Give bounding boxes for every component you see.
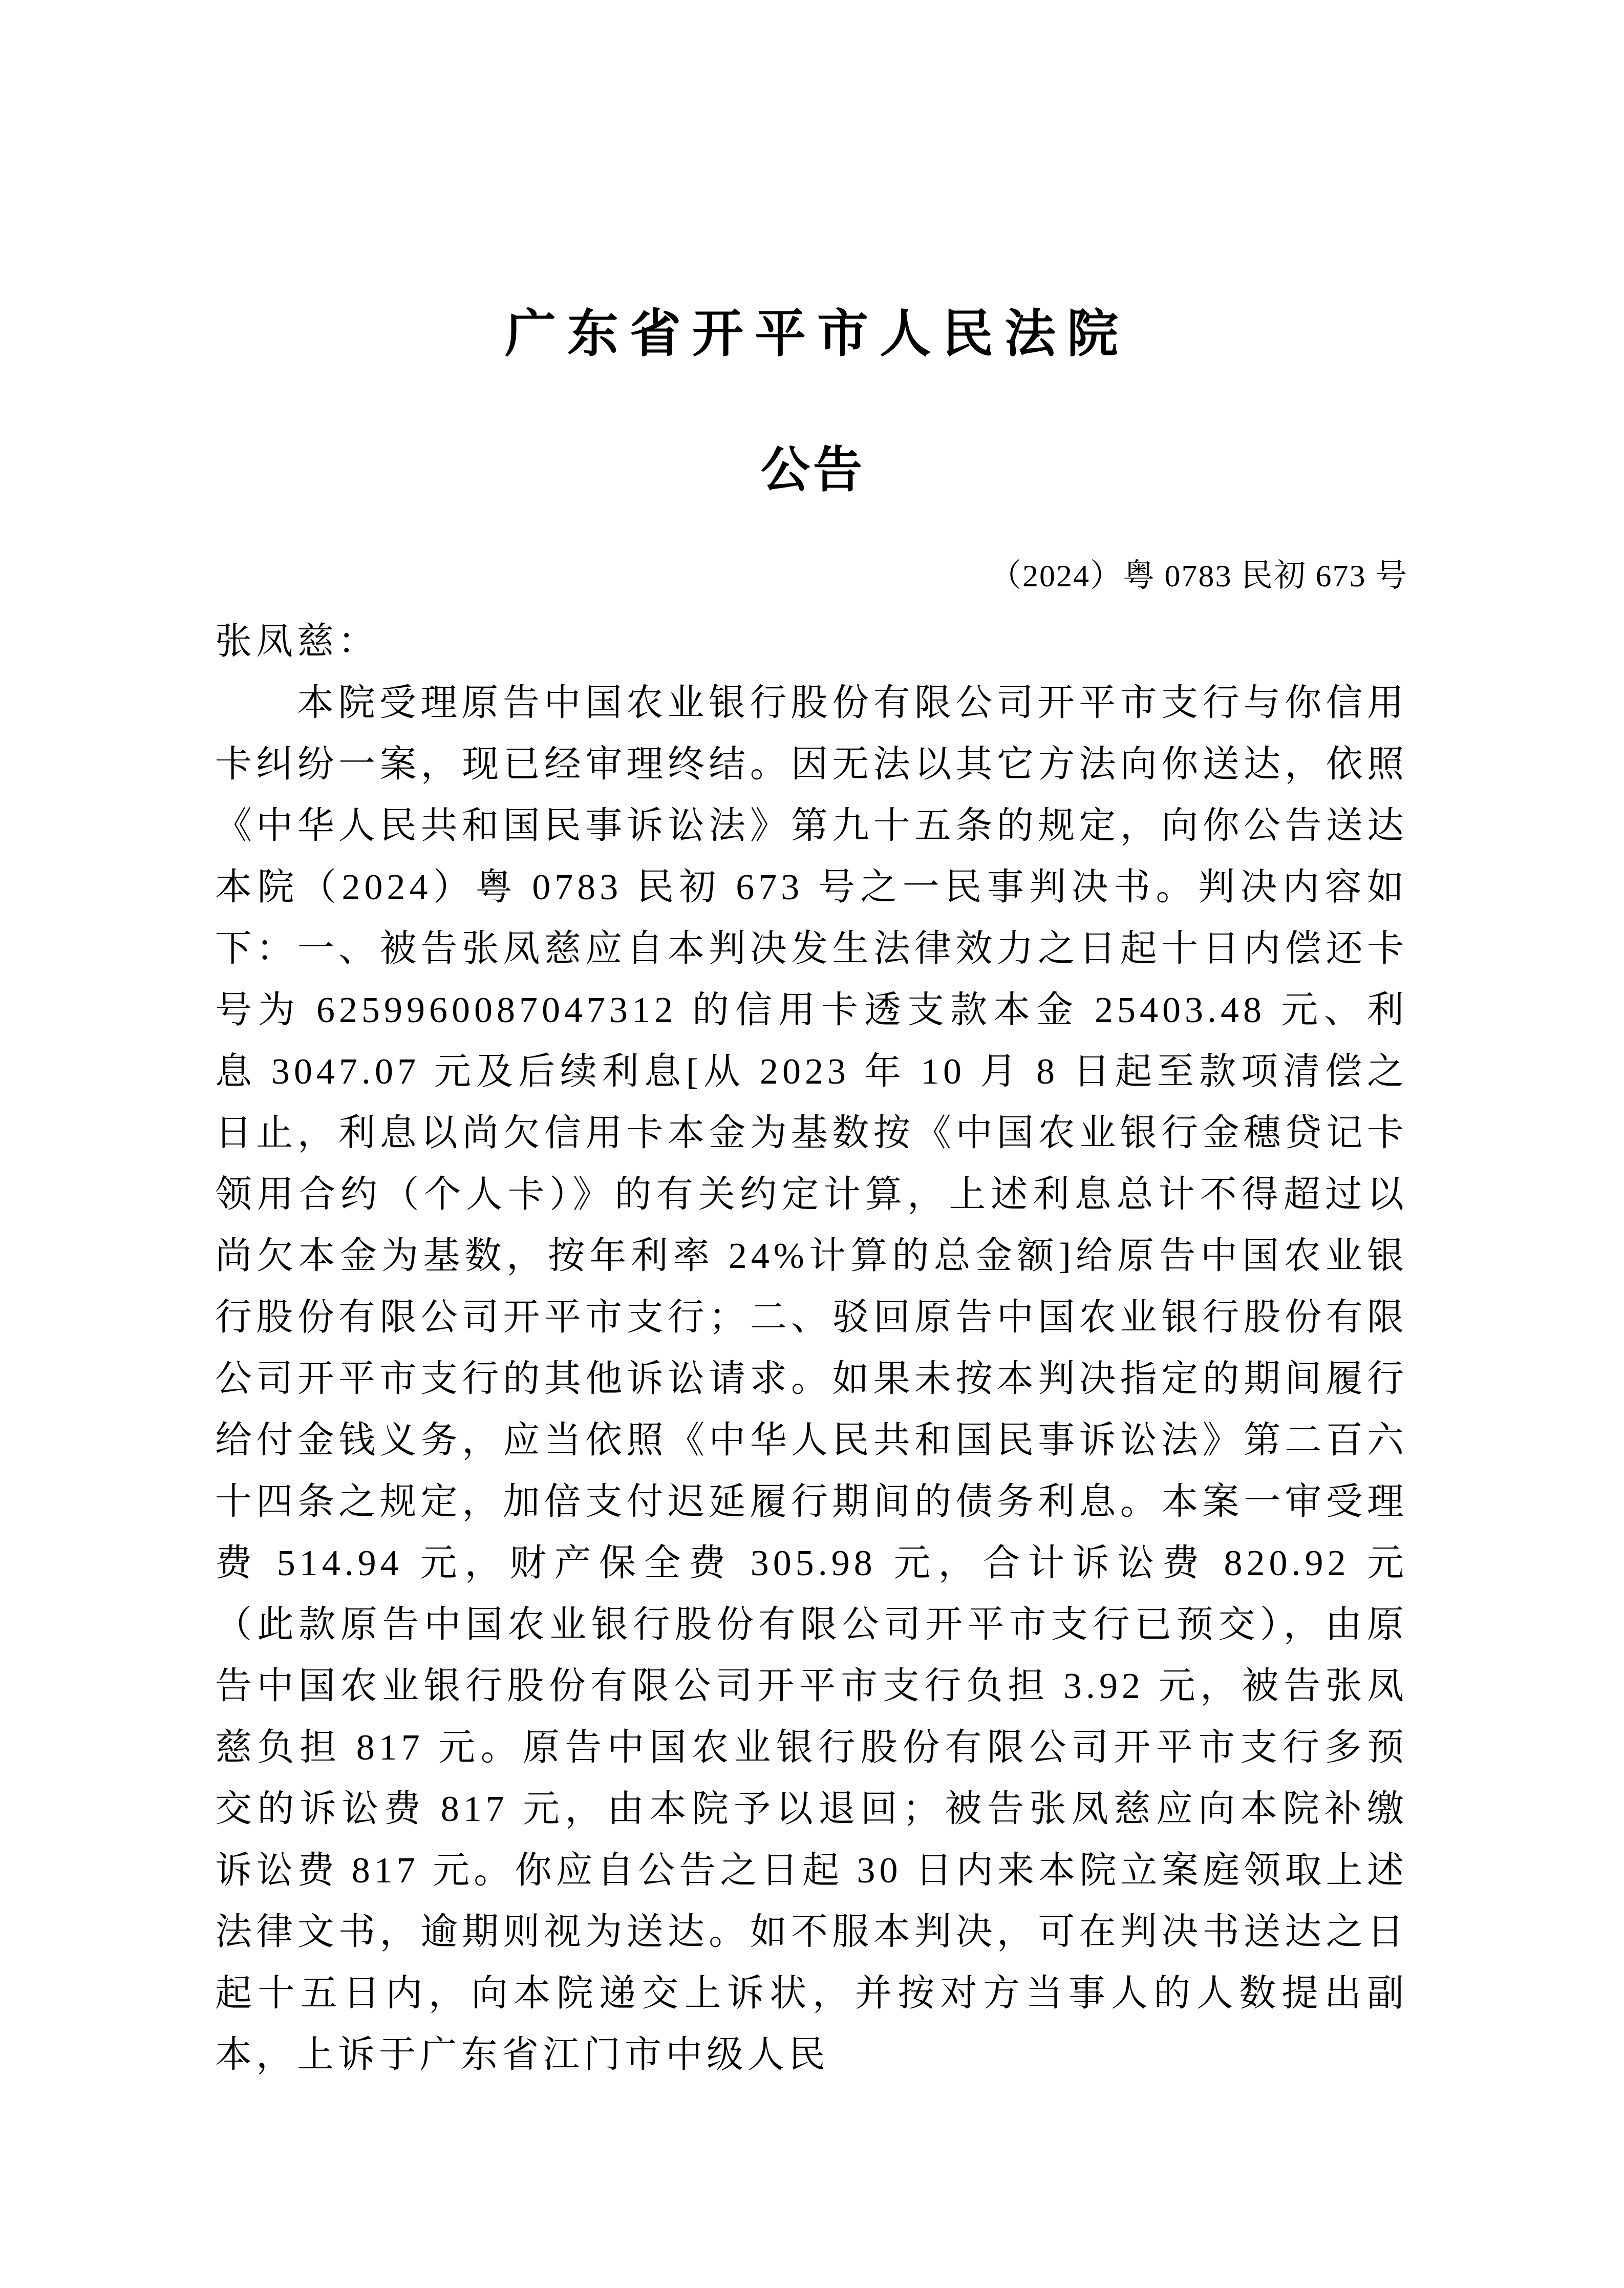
court-name: 广东省开平市人民法院 — [215, 307, 1408, 361]
court-notice-page: 广东省开平市人民法院 公告 （2024）粤 0783 民初 673 号 张凤慈：… — [0, 0, 1624, 2288]
case-number: （2024）粤 0783 民初 673 号 — [215, 560, 1408, 592]
notice-title: 公告 — [215, 446, 1408, 495]
notice-content: 广东省开平市人民法院 公告 （2024）粤 0783 民初 673 号 张凤慈：… — [215, 0, 1408, 2085]
addressee: 张凤慈： — [215, 610, 1408, 672]
notice-body: 本院受理原告中国农业银行股份有限公司开平市支行与你信用卡纠纷一案，现已经审理终结… — [215, 672, 1408, 2085]
